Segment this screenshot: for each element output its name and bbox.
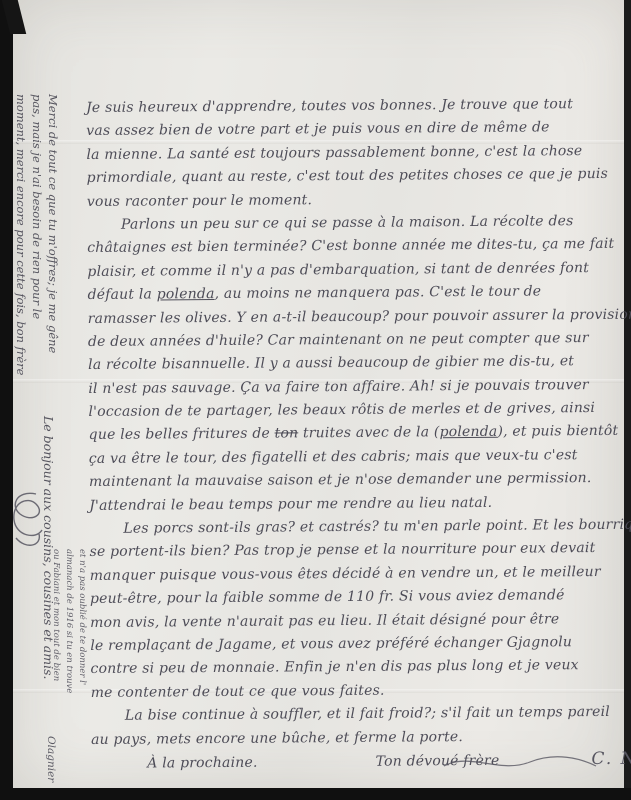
struck-word: ton bbox=[275, 426, 299, 442]
margin-note-line: et n'a pas oublié de te donner l' bbox=[75, 549, 88, 661]
monogram-flourish-icon bbox=[6, 488, 50, 556]
margin-note-line: Merci de tout ce que tu m'offres; je me … bbox=[45, 94, 61, 386]
scan-edge-bottom bbox=[0, 788, 631, 800]
scan-edge-right bbox=[624, 0, 631, 800]
letter-line: contre si peu de monnaie. Enfin je n'en … bbox=[90, 654, 606, 681]
closing-phrase: À la prochaine. bbox=[147, 755, 257, 772]
letter-line: La bise continue à souffler, et il fait … bbox=[91, 701, 607, 728]
letter-line: défaut la polenda, au moins ne manquera … bbox=[87, 280, 603, 307]
underlined-word: polenda bbox=[157, 286, 215, 302]
signature-flourish-icon bbox=[440, 748, 600, 782]
underlined-word: polenda bbox=[439, 424, 497, 440]
margin-note-line: pas, mais je n'ai besoin de rien pour le bbox=[29, 94, 45, 386]
letter-line: primordiale, quant au reste, c'est tout … bbox=[87, 163, 603, 190]
margin-note-line: almanach de 1916 si tu en trouve bbox=[62, 549, 75, 661]
margin-note-upper: Merci de tout ce que tu m'offres; je me … bbox=[9, 94, 61, 386]
margin-note-small: et n'a pas oublié de te donner l' almana… bbox=[46, 549, 88, 661]
margin-note-line: moment, merci encore pour cette fois, bo… bbox=[13, 94, 29, 386]
letter-body: Je suis heureux d'apprendre, toutes vos … bbox=[86, 93, 607, 775]
letter-line: maintenant la mauvaise saison et je n'os… bbox=[89, 467, 605, 494]
letter-line: peut-être, pour la faible somme de 110 f… bbox=[90, 584, 606, 611]
margin-note-line: ou Fabiani et mon tout de bien bbox=[49, 549, 62, 661]
